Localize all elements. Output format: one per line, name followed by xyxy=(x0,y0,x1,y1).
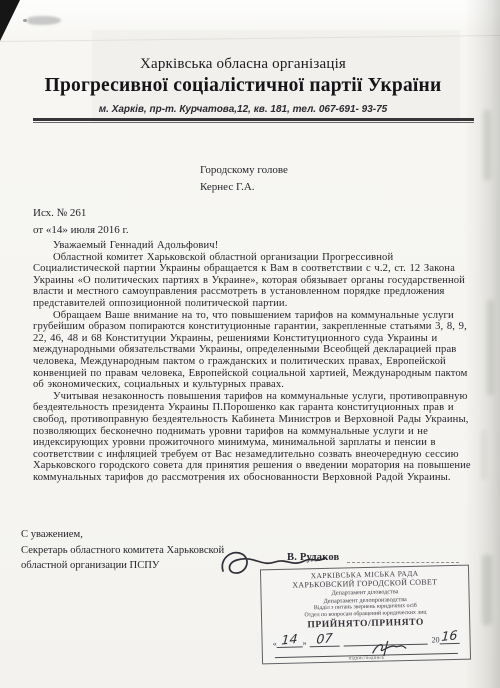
reference-block: Исх. № 261 от «14» июля 2016 г. xyxy=(33,205,129,239)
letter-date: от «14» июля 2016 г. xyxy=(33,222,129,239)
stamp-day-slot: 14 xyxy=(276,631,302,648)
letterhead-address: м. Харків, пр-т. Курчатова,12, кв. 181, … xyxy=(0,104,486,115)
ink-bleed-artifact xyxy=(482,555,492,625)
scan-top-highlight xyxy=(0,0,500,30)
ink-bleed-artifact xyxy=(483,110,491,180)
salutation: Уважаемый Геннадий Адольфович! xyxy=(33,240,480,252)
stamp-month-slot: 07 xyxy=(309,631,339,648)
signoff-title-line1: Секретарь областного комитета Харьковско… xyxy=(21,543,224,559)
letterhead-org-line1: Харківська обласна організація xyxy=(0,56,486,73)
outgoing-number: Исх. № 261 xyxy=(33,205,129,222)
signoff-title-line2: областной организации ПСПУ xyxy=(21,558,224,574)
handwritten-day: 14 xyxy=(281,631,298,648)
body-paragraph: Учитывая незаконность повышения тарифов … xyxy=(33,391,480,484)
scanned-letter-page: Харківська обласна організація Прогресив… xyxy=(0,0,500,688)
letterhead-rule xyxy=(33,118,474,123)
stamp-handwritten-initial xyxy=(367,640,409,657)
letter-body: Уважаемый Геннадий Адольфович! Областной… xyxy=(33,240,480,483)
stamp-year-slot: 16 xyxy=(439,628,459,644)
scan-smudge-dot xyxy=(23,19,27,22)
signer-name: В. Рудаков xyxy=(287,552,339,563)
recipient-block: Городскому голове Кернес Г.А. xyxy=(200,162,288,195)
dotted-signature-line xyxy=(347,561,459,563)
handwritten-month: 07 xyxy=(316,630,333,647)
letterhead-org-line2: Прогресивної соціалістичної партії Украї… xyxy=(0,75,486,97)
signoff-block: С уважением, Секретарь областного комите… xyxy=(21,527,224,574)
body-paragraph: Обращаем Ваше внимание на то, что повыше… xyxy=(33,310,480,391)
registration-stamp: ХАРКІВСЬКА МІСЬКА РАДА ХАРЬКОВСКИЙ ГОРОД… xyxy=(260,565,471,665)
ink-bleed-artifact xyxy=(481,430,486,480)
close-quote: » xyxy=(303,638,307,647)
recipient-title: Городскому голове xyxy=(200,162,288,179)
signoff-closing: С уважением, xyxy=(21,527,224,543)
handwritten-year: 16 xyxy=(441,627,458,644)
stamp-year-prefix: 20 xyxy=(431,635,439,644)
recipient-name: Кернес Г.А. xyxy=(200,179,288,196)
body-paragraph: Областной комитет Харьковской областной … xyxy=(33,252,480,310)
ink-bleed-artifact xyxy=(487,300,494,395)
